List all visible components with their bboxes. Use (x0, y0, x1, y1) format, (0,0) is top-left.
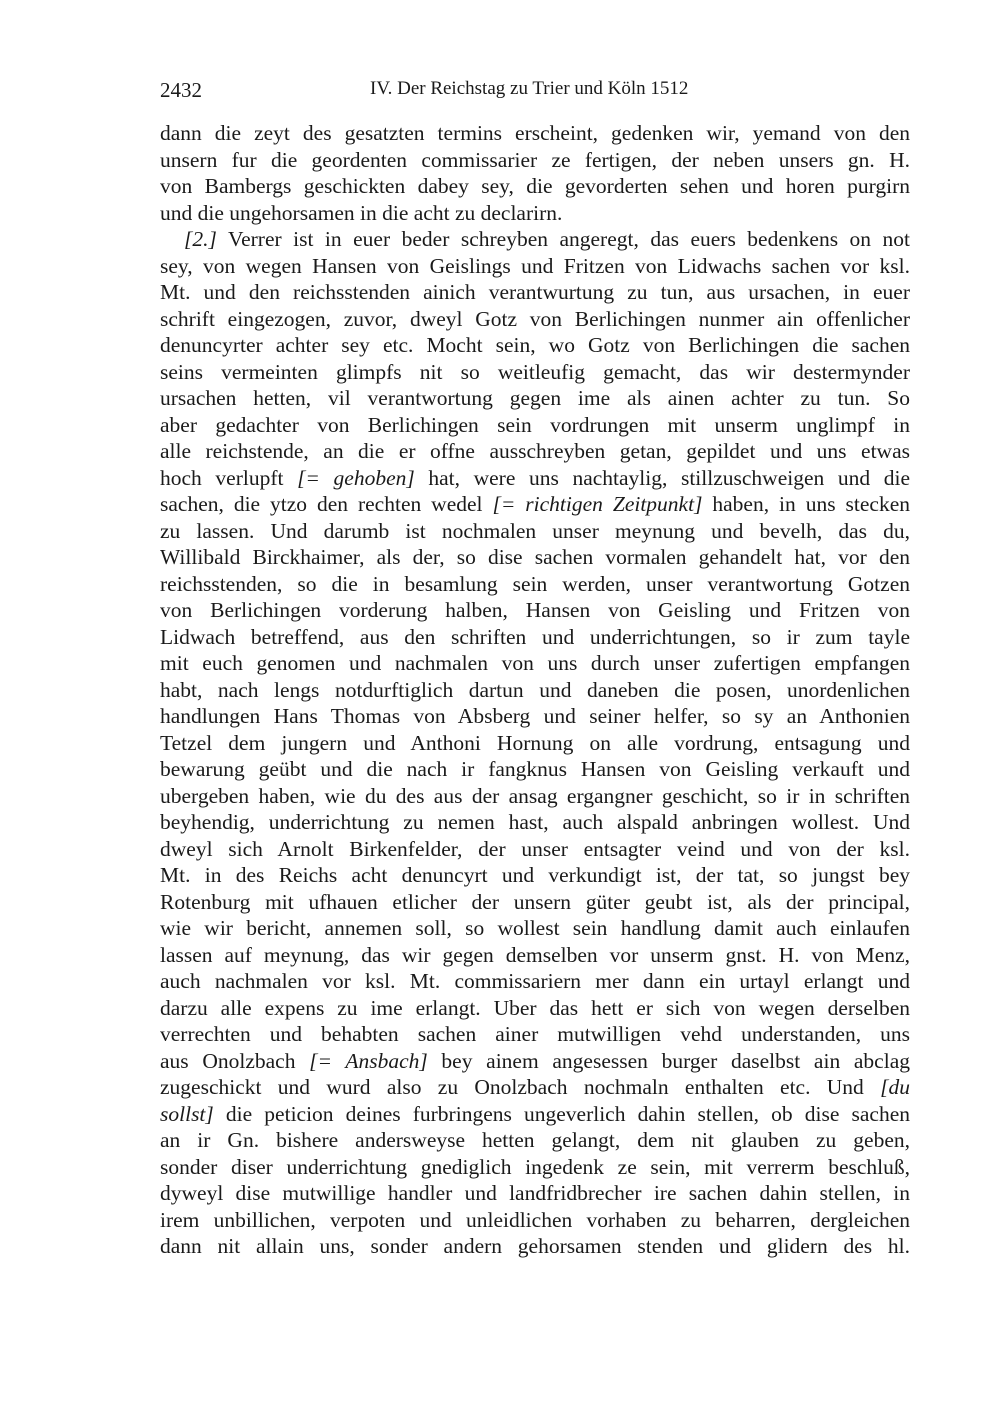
text-line: hoch verlupft [= gehoben] hat, were uns … (160, 465, 910, 492)
text-span: haben, in uns stecken (702, 492, 910, 516)
text-line: sonder diser underrichtung gnediglich in… (160, 1154, 910, 1181)
text-line: von Berlichingen vorderung halben, Hanse… (160, 597, 910, 624)
text-span: handlungen Hans Thomas von Absberg und s… (160, 704, 910, 728)
text-line: dyweyl dise mutwillige handler und landf… (160, 1180, 910, 1207)
text-span: mit euch genomen und nachmalen von uns d… (160, 651, 910, 675)
text-line: mit euch genomen und nachmalen von uns d… (160, 650, 910, 677)
text-span: Mt. in des Reichs acht denuncyrt und ver… (160, 863, 910, 887)
text-span: hat, were uns nachtaylig, stillzuschweig… (415, 466, 910, 490)
text-line: Mt. und den reichsstenden ainich verantw… (160, 279, 910, 306)
text-span: bewarung geübt und die nach ir fangknus … (160, 757, 910, 781)
text-line: bewarung geübt und die nach ir fangknus … (160, 756, 910, 783)
text-line: dann die zeyt des gesatzten termins ersc… (160, 120, 910, 147)
text-span: aber gedachter von Berlichingen sein vor… (160, 413, 910, 437)
editorial-note: [= gehoben] (297, 466, 415, 490)
text-line: Rotenburg mit ufhauen etlicher der unser… (160, 889, 910, 916)
text-line: zugeschickt und wurd also zu Onolzbach n… (160, 1074, 910, 1101)
text-line: ubergeben haben, wie du des aus der ansa… (160, 783, 910, 810)
text-span: ursachen hetten, vil verantwortung gegen… (160, 386, 910, 410)
text-line: von Bambergs geschickten dabey sey, die … (160, 173, 910, 200)
text-line: ursachen hetten, vil verantwortung gegen… (160, 385, 910, 412)
text-span: wie wir bericht, annemen soll, so wolles… (160, 916, 910, 940)
text-span: von Berlichingen vorderung halben, Hanse… (160, 598, 910, 622)
text-line: denuncyrter achter sey etc. Mocht sein, … (160, 332, 910, 359)
text-span: habt, nach lengs notdurftiglich dartun u… (160, 678, 910, 702)
text-span: auch nachmalen vor ksl. Mt. commissarier… (160, 969, 910, 993)
text-line: darzu alle expens zu ime erlangt. Uber d… (160, 995, 910, 1022)
text-span: zu lassen. Und darumb ist nochmalen unse… (160, 519, 910, 543)
text-line: an ir Gn. bishere andersweyse hetten gel… (160, 1127, 910, 1154)
text-span: seins vermeinten glimpfs nit so weitleuf… (160, 360, 910, 384)
text-span: Verrer ist in euer beder schreyben anger… (217, 227, 910, 251)
page-header: 2432 IV. Der Reichstag zu Trier und Köln… (160, 78, 910, 108)
text-span: zugeschickt und wurd also zu Onolzbach n… (160, 1075, 880, 1099)
text-line: seins vermeinten glimpfs nit so weitleuf… (160, 359, 910, 386)
text-span: Mt. und den reichsstenden ainich verantw… (160, 280, 910, 304)
text-span: unsern fur die geordenten commissarier z… (160, 148, 910, 172)
text-span: Willibald Birckhaimer, als der, so dise … (160, 545, 910, 569)
text-span: dyweyl dise mutwillige handler und landf… (160, 1181, 910, 1205)
text-line: sachen, die ytzo den rechten wedel [= ri… (160, 491, 910, 518)
running-title: IV. Der Reichstag zu Trier und Köln 1512 (370, 78, 688, 100)
text-span: dann nit allain uns, sonder andern gehor… (160, 1234, 910, 1258)
text-line: sollst] die peticion deines furbringens … (160, 1101, 910, 1128)
text-line: Mt. in des Reichs acht denuncyrt und ver… (160, 862, 910, 889)
text-line: zu lassen. Und darumb ist nochmalen unse… (160, 518, 910, 545)
text-span: sachen, die ytzo den rechten wedel (160, 492, 492, 516)
text-line: alle reichstende, an die er offne aussch… (160, 438, 910, 465)
editorial-note: [= Ansbach] (309, 1049, 428, 1073)
text-span: dann die zeyt des gesatzten termins ersc… (160, 121, 910, 145)
text-span: aus Onolzbach (160, 1049, 309, 1073)
text-span: denuncyrter achter sey etc. Mocht sein, … (160, 333, 910, 357)
text-span: beyhendig, underrichtung zu nemen hast, … (160, 810, 910, 834)
text-span: reichsstenden, so die in besamlung sein … (160, 572, 910, 596)
editorial-note: [2.] (184, 227, 217, 251)
text-line: und die ungehorsamen in die acht zu decl… (160, 200, 910, 227)
text-span: Tetzel dem jungern und Anthoni Hornung o… (160, 731, 910, 755)
text-span: hoch verlupft (160, 466, 297, 490)
text-line: schrift eingezogen, zuvor, dweyl Gotz vo… (160, 306, 910, 333)
body-text: dann die zeyt des gesatzten termins ersc… (160, 120, 910, 1260)
text-line: dann nit allain uns, sonder andern gehor… (160, 1233, 910, 1260)
text-line: aus Onolzbach [= Ansbach] bey ainem ange… (160, 1048, 910, 1075)
text-line: dweyl sich Arnolt Birkenfelder, der unse… (160, 836, 910, 863)
editorial-note: sollst] (160, 1102, 214, 1126)
text-line: lassen auf meynung, das wir gegen demsel… (160, 942, 910, 969)
text-line: Lidwach betreffend, aus den schriften un… (160, 624, 910, 651)
text-line: [2.] Verrer ist in euer beder schreyben … (160, 226, 910, 253)
text-span: an ir Gn. bishere andersweyse hetten gel… (160, 1128, 910, 1152)
page-number: 2432 (160, 78, 202, 103)
text-line: beyhendig, underrichtung zu nemen hast, … (160, 809, 910, 836)
text-line: aber gedachter von Berlichingen sein vor… (160, 412, 910, 439)
text-span: alle reichstende, an die er offne aussch… (160, 439, 910, 463)
text-line: Willibald Birckhaimer, als der, so dise … (160, 544, 910, 571)
text-line: Tetzel dem jungern und Anthoni Hornung o… (160, 730, 910, 757)
text-line: reichsstenden, so die in besamlung sein … (160, 571, 910, 598)
editorial-note: [= richtigen Zeitpunkt] (492, 492, 702, 516)
text-line: auch nachmalen vor ksl. Mt. commissarier… (160, 968, 910, 995)
text-span: von Bambergs geschickten dabey sey, die … (160, 174, 910, 198)
text-span: dweyl sich Arnolt Birkenfelder, der unse… (160, 837, 910, 861)
text-span: und die ungehorsamen in die acht zu decl… (160, 201, 562, 225)
text-line: unsern fur die geordenten commissarier z… (160, 147, 910, 174)
text-line: handlungen Hans Thomas von Absberg und s… (160, 703, 910, 730)
text-line: wie wir bericht, annemen soll, so wolles… (160, 915, 910, 942)
editorial-note: [du (880, 1075, 910, 1099)
text-span: sey, von wegen Hansen von Geislings und … (160, 254, 910, 278)
text-span: die peticion deines furbringens ungeverl… (214, 1102, 910, 1126)
text-span: Rotenburg mit ufhauen etlicher der unser… (160, 890, 910, 914)
text-span: ubergeben haben, wie du des aus der ansa… (160, 784, 910, 808)
text-span: sonder diser underrichtung gnediglich in… (160, 1155, 910, 1179)
text-span: irem unbillichen, verpoten und unleidlic… (160, 1208, 910, 1232)
text-line: habt, nach lengs notdurftiglich dartun u… (160, 677, 910, 704)
text-span: lassen auf meynung, das wir gegen demsel… (160, 943, 910, 967)
text-span: bey ainem angesessen burger daselbst ain… (428, 1049, 910, 1073)
text-line: sey, von wegen Hansen von Geislings und … (160, 253, 910, 280)
text-line: irem unbillichen, verpoten und unleidlic… (160, 1207, 910, 1234)
text-span: darzu alle expens zu ime erlangt. Uber d… (160, 996, 910, 1020)
text-span: verrechten und behabten sachen ainer mut… (160, 1022, 910, 1046)
document-page: 2432 IV. Der Reichstag zu Trier und Köln… (0, 0, 1004, 1418)
text-line: verrechten und behabten sachen ainer mut… (160, 1021, 910, 1048)
text-span: schrift eingezogen, zuvor, dweyl Gotz vo… (160, 307, 910, 331)
text-span: Lidwach betreffend, aus den schriften un… (160, 625, 910, 649)
